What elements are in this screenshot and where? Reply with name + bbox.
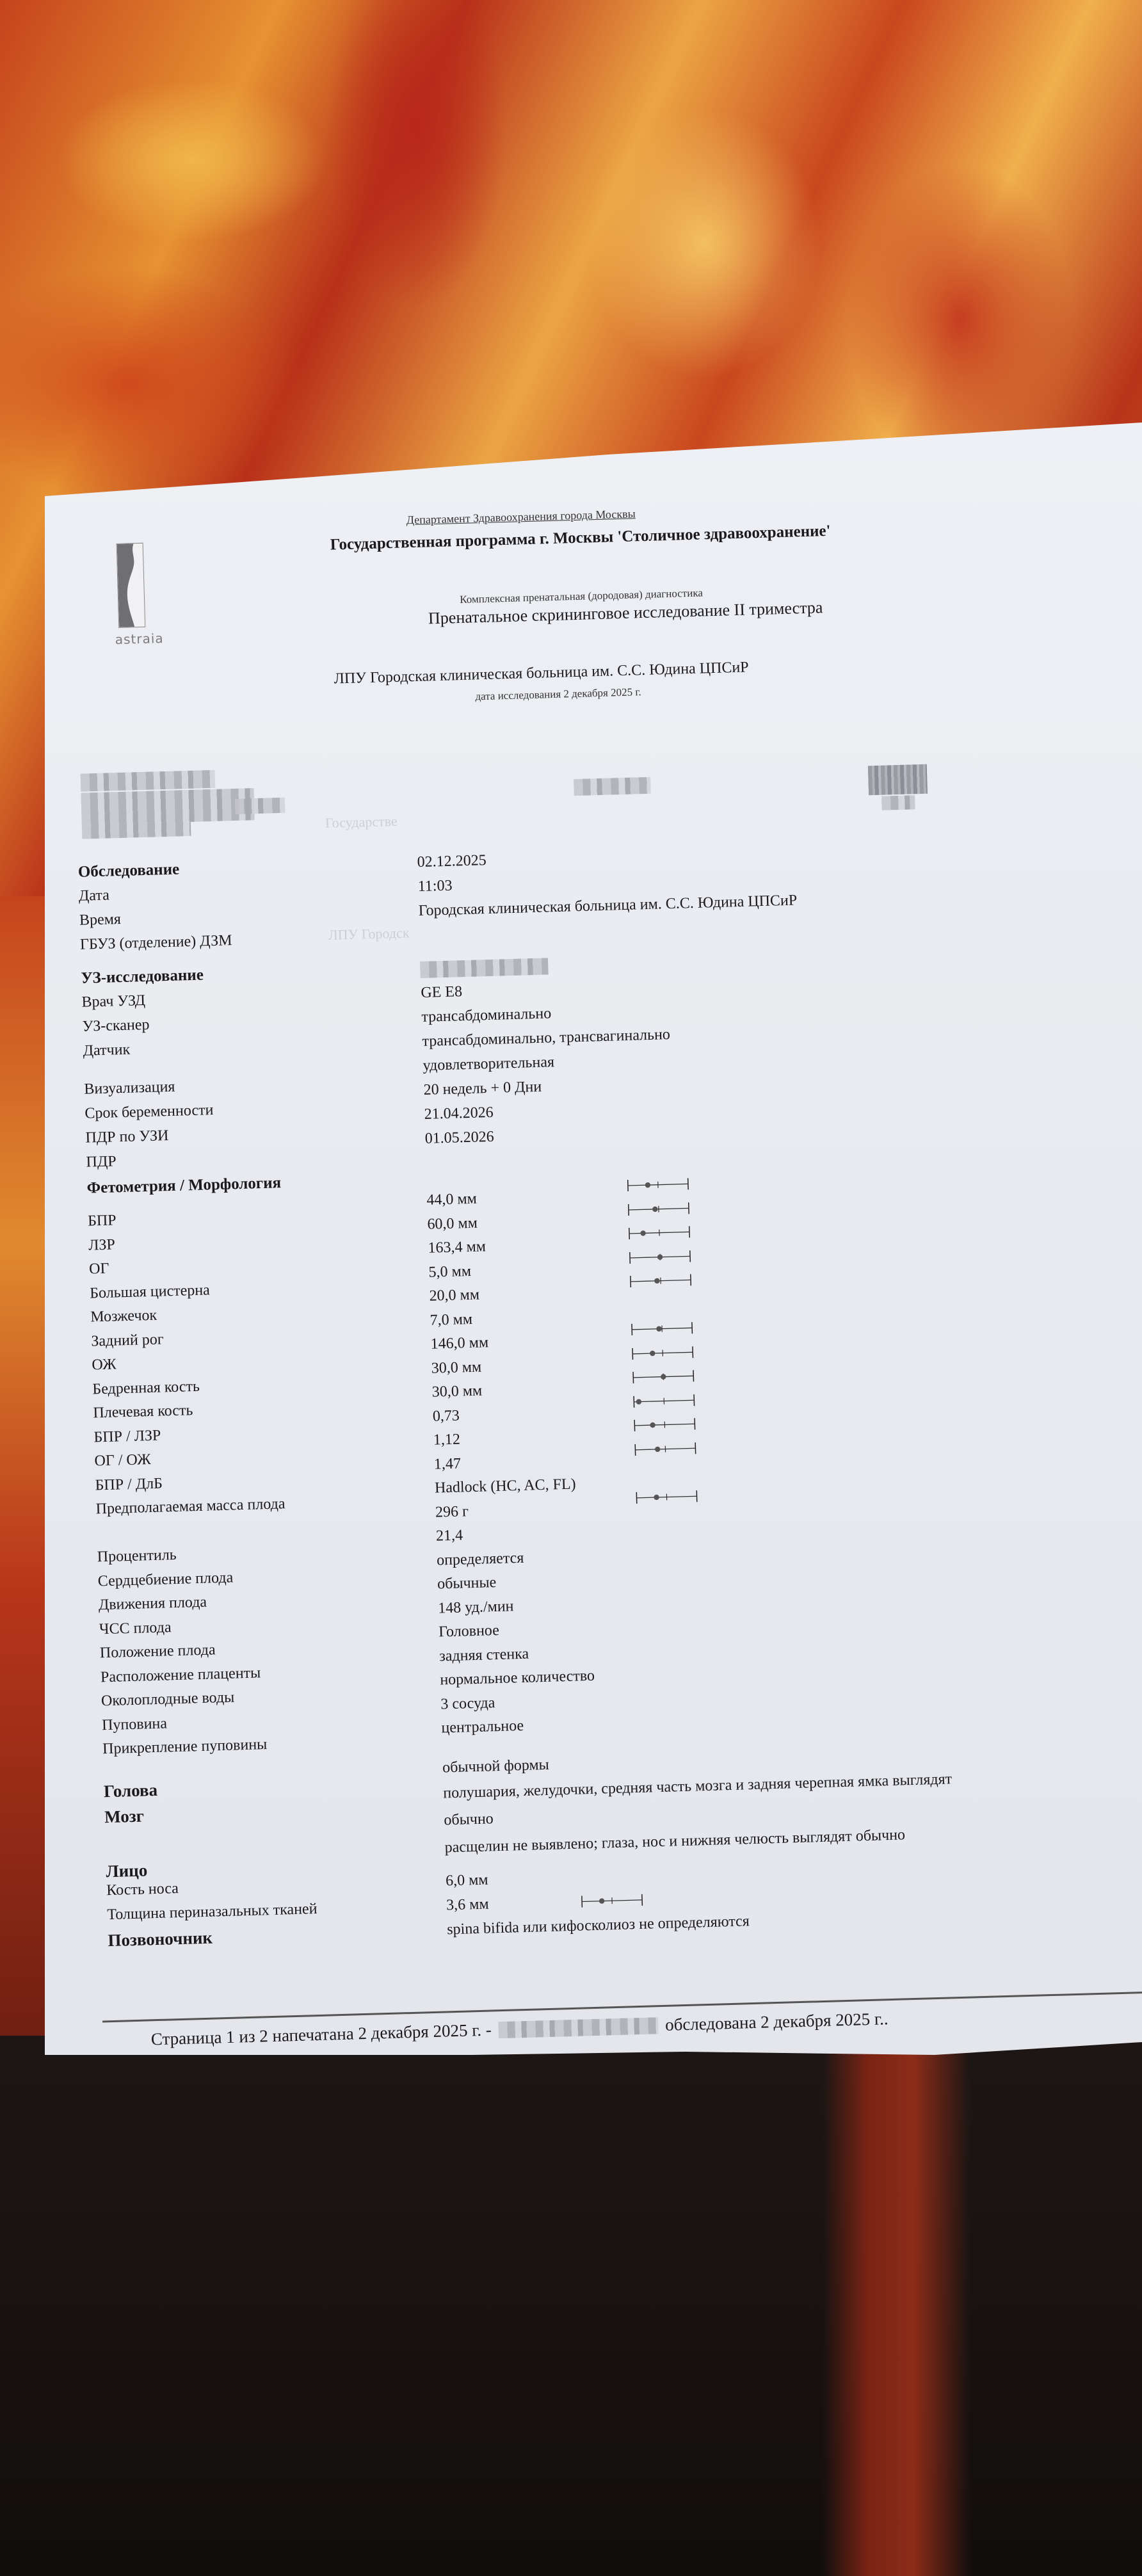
row-label: Врач УЗД	[81, 992, 145, 1011]
redacted-patient-info	[574, 777, 651, 796]
redacted-patient-info	[881, 795, 915, 810]
row-value: 30,0 мм	[431, 1358, 481, 1377]
row-label: ЧСС плода	[99, 1619, 172, 1638]
reference-range-bar	[629, 1249, 692, 1264]
row-value: 30,0 мм	[431, 1383, 482, 1401]
footer-page-info: Страница 1 из 2 напечатана 2 декабря 202…	[150, 2020, 492, 2050]
row-value: 1,12	[433, 1431, 461, 1449]
face-value: расщелин не выявлено; глаза, нос и нижня…	[444, 1826, 905, 1856]
reference-range-bar	[627, 1201, 691, 1216]
edd-value: 01.05.2026	[424, 1129, 494, 1148]
row-label: Дата	[79, 887, 110, 905]
row-label: Сердцебиение плода	[97, 1569, 233, 1590]
row-label: Прикрепление пуповины	[102, 1736, 268, 1758]
row-label: Пуповина	[102, 1715, 168, 1734]
nasal-bone-value: 6,0 мм	[446, 1872, 488, 1890]
redacted-patient-info	[82, 822, 191, 839]
section-title: Мозг	[104, 1807, 145, 1828]
row-label: Процентиль	[97, 1547, 177, 1566]
background-fabric-left	[0, 896, 51, 2049]
redacted-doctor-name	[420, 958, 549, 978]
redacted-patient-name	[498, 2017, 659, 2038]
row-value: 3 сосуда	[440, 1695, 495, 1713]
background-fabric-bottom	[0, 2036, 1142, 2576]
page-footer: Страница 1 из 2 напечатана 2 декабря 202…	[150, 2008, 889, 2049]
scanner-value: GE E8	[421, 983, 462, 1002]
reference-range-bar	[581, 1893, 644, 1908]
reference-range-bar	[631, 1345, 695, 1360]
astraia-logo: astraia	[117, 543, 149, 651]
brain-value: полушария, желудочки, средняя часть мозг…	[443, 1771, 952, 1802]
row-label: Кость носа	[106, 1880, 179, 1899]
spine-value: spina bifida или кифосколиоз не определя…	[447, 1913, 750, 1938]
program-title: Государственная программа г. Москвы 'Сто…	[330, 522, 830, 554]
brain-value-continued: обычно	[444, 1810, 494, 1829]
gestational-age-value: 20 недель + 0 Дни	[423, 1079, 542, 1099]
row-value: 60,0 мм	[427, 1214, 478, 1233]
row-label: Плечевая кость	[93, 1402, 193, 1422]
row-label: Задний рог	[91, 1331, 164, 1350]
row-label: УЗ-сканер	[82, 1017, 150, 1036]
row-label: Расположение плаценты	[101, 1664, 261, 1686]
row-label: БПР	[88, 1212, 117, 1230]
row-label: Время	[79, 911, 122, 930]
section-title: УЗ-исследование	[81, 966, 204, 987]
department-title: Департамент Здравоохранения города Москв…	[406, 507, 635, 527]
row-value: 163,4 мм	[428, 1238, 486, 1257]
reference-range-bar	[627, 1177, 690, 1191]
logo-text: astraia	[115, 631, 163, 647]
prenasal-thickness-value: 3,6 мм	[446, 1896, 489, 1915]
row-label: ПДР по УЗИ	[85, 1127, 169, 1147]
row-label: Околоплодные воды	[101, 1689, 235, 1711]
exam-date-value: 02.12.2025	[417, 852, 487, 871]
row-label: Визуализация	[84, 1079, 175, 1099]
exam-date-line: дата исследования 2 декабря 2025 г.	[475, 686, 641, 703]
show-through-text: Государстве	[325, 813, 398, 832]
row-label: Мозжечок	[90, 1307, 157, 1326]
row-label: ОГ / ОЖ	[94, 1451, 151, 1470]
redacted-patient-info	[81, 788, 254, 825]
redacted-patient-info	[235, 798, 285, 814]
row-value: 146,0 мм	[430, 1334, 488, 1353]
reference-range-bar	[635, 1489, 698, 1504]
document-content: Государственн Государстве ЛПУ Городск as…	[45, 385, 1142, 2054]
row-value: 7,0 мм	[430, 1310, 472, 1329]
row-label: Датчик	[83, 1042, 130, 1060]
row-value: нормальное количество	[440, 1668, 595, 1689]
reference-range-bar	[631, 1321, 694, 1335]
institution-title: ЛПУ Городская клиническая больница им. С…	[334, 659, 749, 688]
row-value: центральное	[441, 1718, 524, 1737]
row-label: Движения плода	[99, 1594, 207, 1614]
row-label: ЛЗР	[88, 1236, 115, 1254]
edd-ultrasound-value: 21.04.2026	[424, 1104, 494, 1123]
row-label: ГБУЗ (отделение) ДЗМ	[80, 932, 232, 954]
show-through-text: ЛПУ Городск	[328, 924, 409, 944]
row-label: Предполагаемая масса плода	[95, 1495, 285, 1518]
reference-range-bar	[628, 1225, 691, 1239]
row-label: Бедренная кость	[92, 1378, 200, 1398]
row-label: Положение плода	[100, 1641, 216, 1662]
visualization-value: удовлетворительная	[422, 1054, 554, 1075]
row-value: 296 г	[435, 1503, 469, 1521]
row-value: 5,0 мм	[428, 1262, 471, 1281]
section-title: Фетометрия / Морфология	[86, 1174, 281, 1197]
section-title: Лицо	[106, 1860, 148, 1881]
reference-range-bar	[634, 1441, 697, 1456]
section-title: Позвоночник	[108, 1928, 213, 1951]
reference-range-bar	[632, 1369, 695, 1383]
probe-value-2: трансабдоминально, трансвагинально	[422, 1026, 670, 1051]
redacted-patient-info	[81, 770, 216, 792]
row-value: Hadlock (HC, AC, FL)	[435, 1476, 576, 1497]
row-value: 148 уд./мин	[438, 1598, 514, 1617]
row-value: 21,4	[436, 1527, 463, 1545]
reference-range-bar	[632, 1393, 696, 1408]
row-label: ПДР	[86, 1153, 117, 1171]
row-label: БПР / ДлБ	[95, 1475, 163, 1494]
section-title: Обследование	[78, 860, 180, 881]
row-label: БПР / ЛЗР	[93, 1427, 161, 1446]
probe-value: трансабдоминально	[421, 1005, 551, 1026]
institution-value: Городская клиническая больница им. С.С. …	[418, 892, 797, 920]
exam-time-value: 11:03	[417, 878, 453, 896]
row-label: Большая цистерна	[90, 1282, 210, 1302]
row-value: Головное	[438, 1622, 499, 1641]
row-value: 44,0 мм	[426, 1191, 477, 1209]
reference-range-bar	[633, 1417, 696, 1431]
row-value: 1,47	[434, 1455, 462, 1473]
row-label: ОГ	[89, 1260, 109, 1278]
row-value: обычные	[437, 1574, 497, 1593]
row-value: 0,73	[432, 1407, 460, 1425]
row-value: 20,0 мм	[429, 1287, 479, 1305]
row-label: ОЖ	[92, 1356, 117, 1374]
footer-exam-info: обследована 2 декабря 2025 г..	[665, 2009, 889, 2035]
row-value: задняя стенка	[439, 1645, 529, 1665]
section-title: Голова	[104, 1780, 158, 1801]
head-value: обычной формы	[442, 1757, 549, 1777]
logo-figure-icon	[117, 543, 146, 628]
row-label: Толщина периназальных тканей	[107, 1901, 318, 1924]
redacted-barcode	[868, 764, 928, 796]
document-page: Государственн Государстве ЛПУ Городск as…	[45, 416, 1142, 2055]
row-value: определяется	[437, 1549, 524, 1569]
row-label: Срок беременности	[84, 1102, 214, 1123]
reference-range-bar	[629, 1273, 693, 1287]
